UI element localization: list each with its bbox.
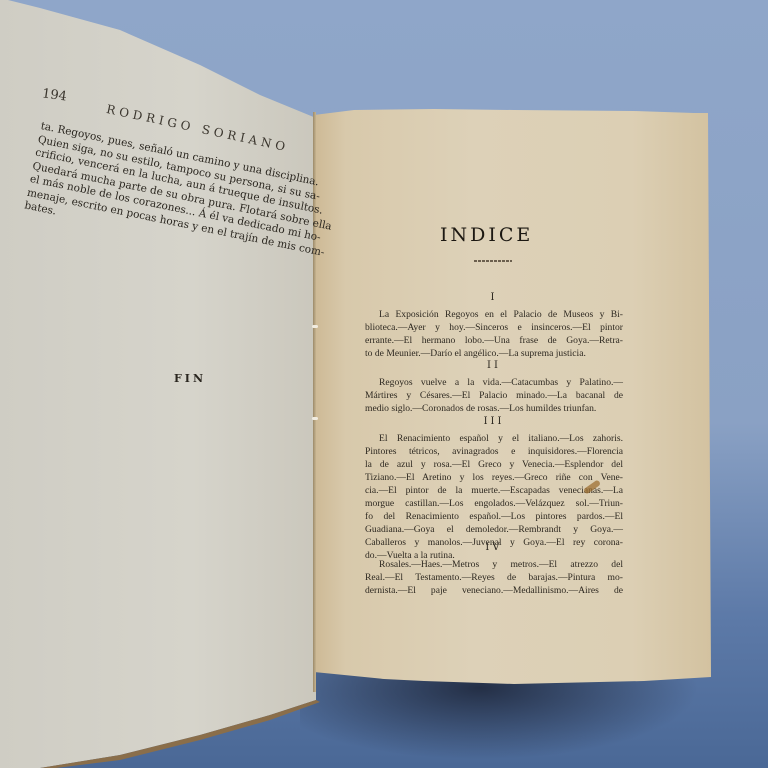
text-line: fo del Renacimiento español.—Los pintore… [365,510,623,523]
end-mark: FIN [174,372,206,385]
text-line: morgue castillan.—Los engolados.—Velázqu… [365,497,623,510]
text-line: Mártires y Césares.—El Palacio minado.—L… [365,389,623,402]
text-line: La Exposición Regoyos en el Palacio de M… [365,308,623,321]
text-line: Pintores tétricos, avinagrados e inquisi… [365,445,623,458]
section-body: Regoyos vuelve a la vida.—Catacumbas y P… [365,376,623,415]
section-number: IV [365,542,623,553]
section-body: La Exposición Regoyos en el Palacio de M… [365,308,623,360]
index-title: INDICE [440,224,533,246]
text-line: errante.—El hermano lobo.—Una frase de G… [365,334,623,347]
text-line: Rosales.—Haes.—Metros y metros.—El atrez… [365,558,623,571]
section-number: I [365,292,623,303]
text-line: Tiziano.—El Aretino y los reyes.—Greco r… [365,471,623,484]
text-line: to de Meunier.—Darío el angélico.—La sup… [365,347,623,360]
book-photo: 194 RODRIGO SORIANO ta. Regoyos, pues, s… [0,0,768,768]
text-line: Guadiana.—Goya el demoledor.—Rembrandt y… [365,523,623,536]
binding-stitch [312,325,318,328]
text-line: medio siglo.—Coronados de rosas.—Los hum… [365,402,623,415]
text-line: Real.—El Testamento.—Reyes de barajas.—P… [365,571,623,584]
binding-stitch [312,417,318,420]
text-line: Regoyos vuelve a la vida.—Catacumbas y P… [365,376,623,389]
text-line: blioteca.—Ayer y hoy.—Sinceros e insince… [365,321,623,334]
text-line: dernista.—El paje veneciano.—Medallinism… [365,584,623,597]
text-line: El Renacimiento español y el italiano.—L… [365,432,623,445]
section-number: III [365,416,623,427]
title-rule [474,260,512,262]
section-number: II [365,360,623,371]
section-body: Rosales.—Haes.—Metros y metros.—El atrez… [365,558,623,597]
text-line: la de azul y rosa.—El Greco y Venecia.—E… [365,458,623,471]
